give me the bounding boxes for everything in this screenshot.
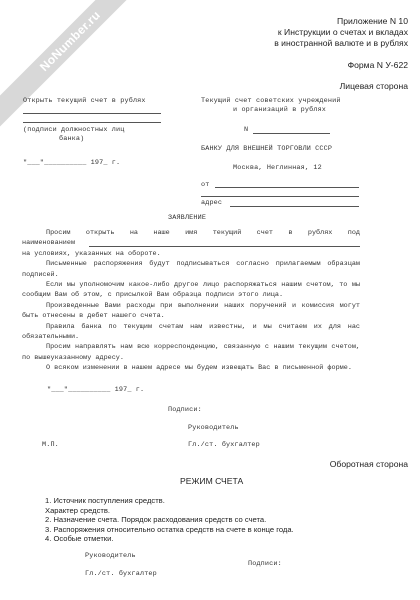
signatures-caption: банка) [59,135,84,143]
paragraph: на условиях, указанных на обороте. [22,249,360,259]
name-field[interactable] [89,246,360,247]
paragraph: Просим направлять нам всю корреспонденци… [22,342,360,363]
back-accountant-label: Гл./ст. бухгалтер [85,570,157,578]
regime-item: Характер средств. [45,506,294,516]
appendix-line: Приложение N 10 [274,16,408,27]
account-title: Текущий счет советских учреждений [201,97,341,105]
regime-item: 3. Распоряжения относительно остатка сре… [45,525,294,535]
regime-title: РЕЖИМ СЧЕТА [180,476,243,486]
head-label: Руководитель [188,424,239,432]
from-field[interactable] [215,187,359,188]
paragraph: О всяком изменении в нашем адресе мы буд… [22,363,360,373]
back-signatures-label: Подписи: [248,560,282,568]
paragraph: Произведенные Вами расходы при выполнени… [22,301,360,322]
signature-line[interactable] [23,122,161,123]
regime-list: 1. Источник поступления средств. Характе… [45,496,294,544]
form-number: Форма N У-622 [348,60,408,71]
from-label: от [201,181,209,189]
side-front-label: Лицевая сторона [340,81,408,92]
open-account-label: Открыть текущий счет в рублях [23,97,146,105]
signatures-caption: (подписи должностных лиц [23,126,125,134]
paragraph: Просим открыть на наше имя текущий счет … [22,228,360,238]
account-title: и организаций в рублях [233,106,326,114]
open-date: "___"__________ 197_ г. [23,159,120,167]
signatures-label: Подписи: [168,406,202,414]
seal-label: М.П. [42,441,59,449]
account-number-field[interactable] [253,133,330,134]
accountant-label: Гл./ст. бухгалтер [188,441,260,449]
regime-item: 1. Источник поступления средств. [45,496,294,506]
paragraph: Письменные распоряжения будут подписыват… [22,259,360,280]
statement-title: ЗАЯВЛЕНИЕ [168,214,206,222]
bank-name: БАНКУ ДЛЯ ВНЕШНЕЙ ТОРГОВЛИ СССР [201,145,332,153]
side-back-label: Оборотная сторона [330,459,408,470]
from-field-line2[interactable] [201,196,359,197]
appendix-line: в иностранной валюте и в рублях [274,38,408,49]
appendix-line: к Инструкции о счетах и вкладах [274,27,408,38]
account-number-label: N [244,126,248,134]
paragraph: наименованием [22,238,360,248]
regime-item: 4. Особые отметки. [45,534,294,544]
statement-body: Просим открыть на наше имя текущий счет … [22,228,360,374]
statement-date: "___"__________ 197_ г. [47,386,144,394]
address-field[interactable] [230,206,359,207]
name-label: наименованием [22,239,75,247]
paragraph: Если мы уполномочим какое-либо другое ли… [22,280,360,301]
address-label: адрес [201,199,222,207]
bank-address: Москва, Неглинная, 12 [233,164,322,172]
signature-line[interactable] [23,113,161,114]
appendix-header: Приложение N 10 к Инструкции о счетах и … [274,16,408,49]
back-head-label: Руководитель [85,552,136,560]
paragraph: Правила банка по текущим счетам нам изве… [22,322,360,343]
watermark: NoNumber.ru [0,0,156,127]
regime-item: 2. Назначение счета. Порядок расходовани… [45,515,294,525]
